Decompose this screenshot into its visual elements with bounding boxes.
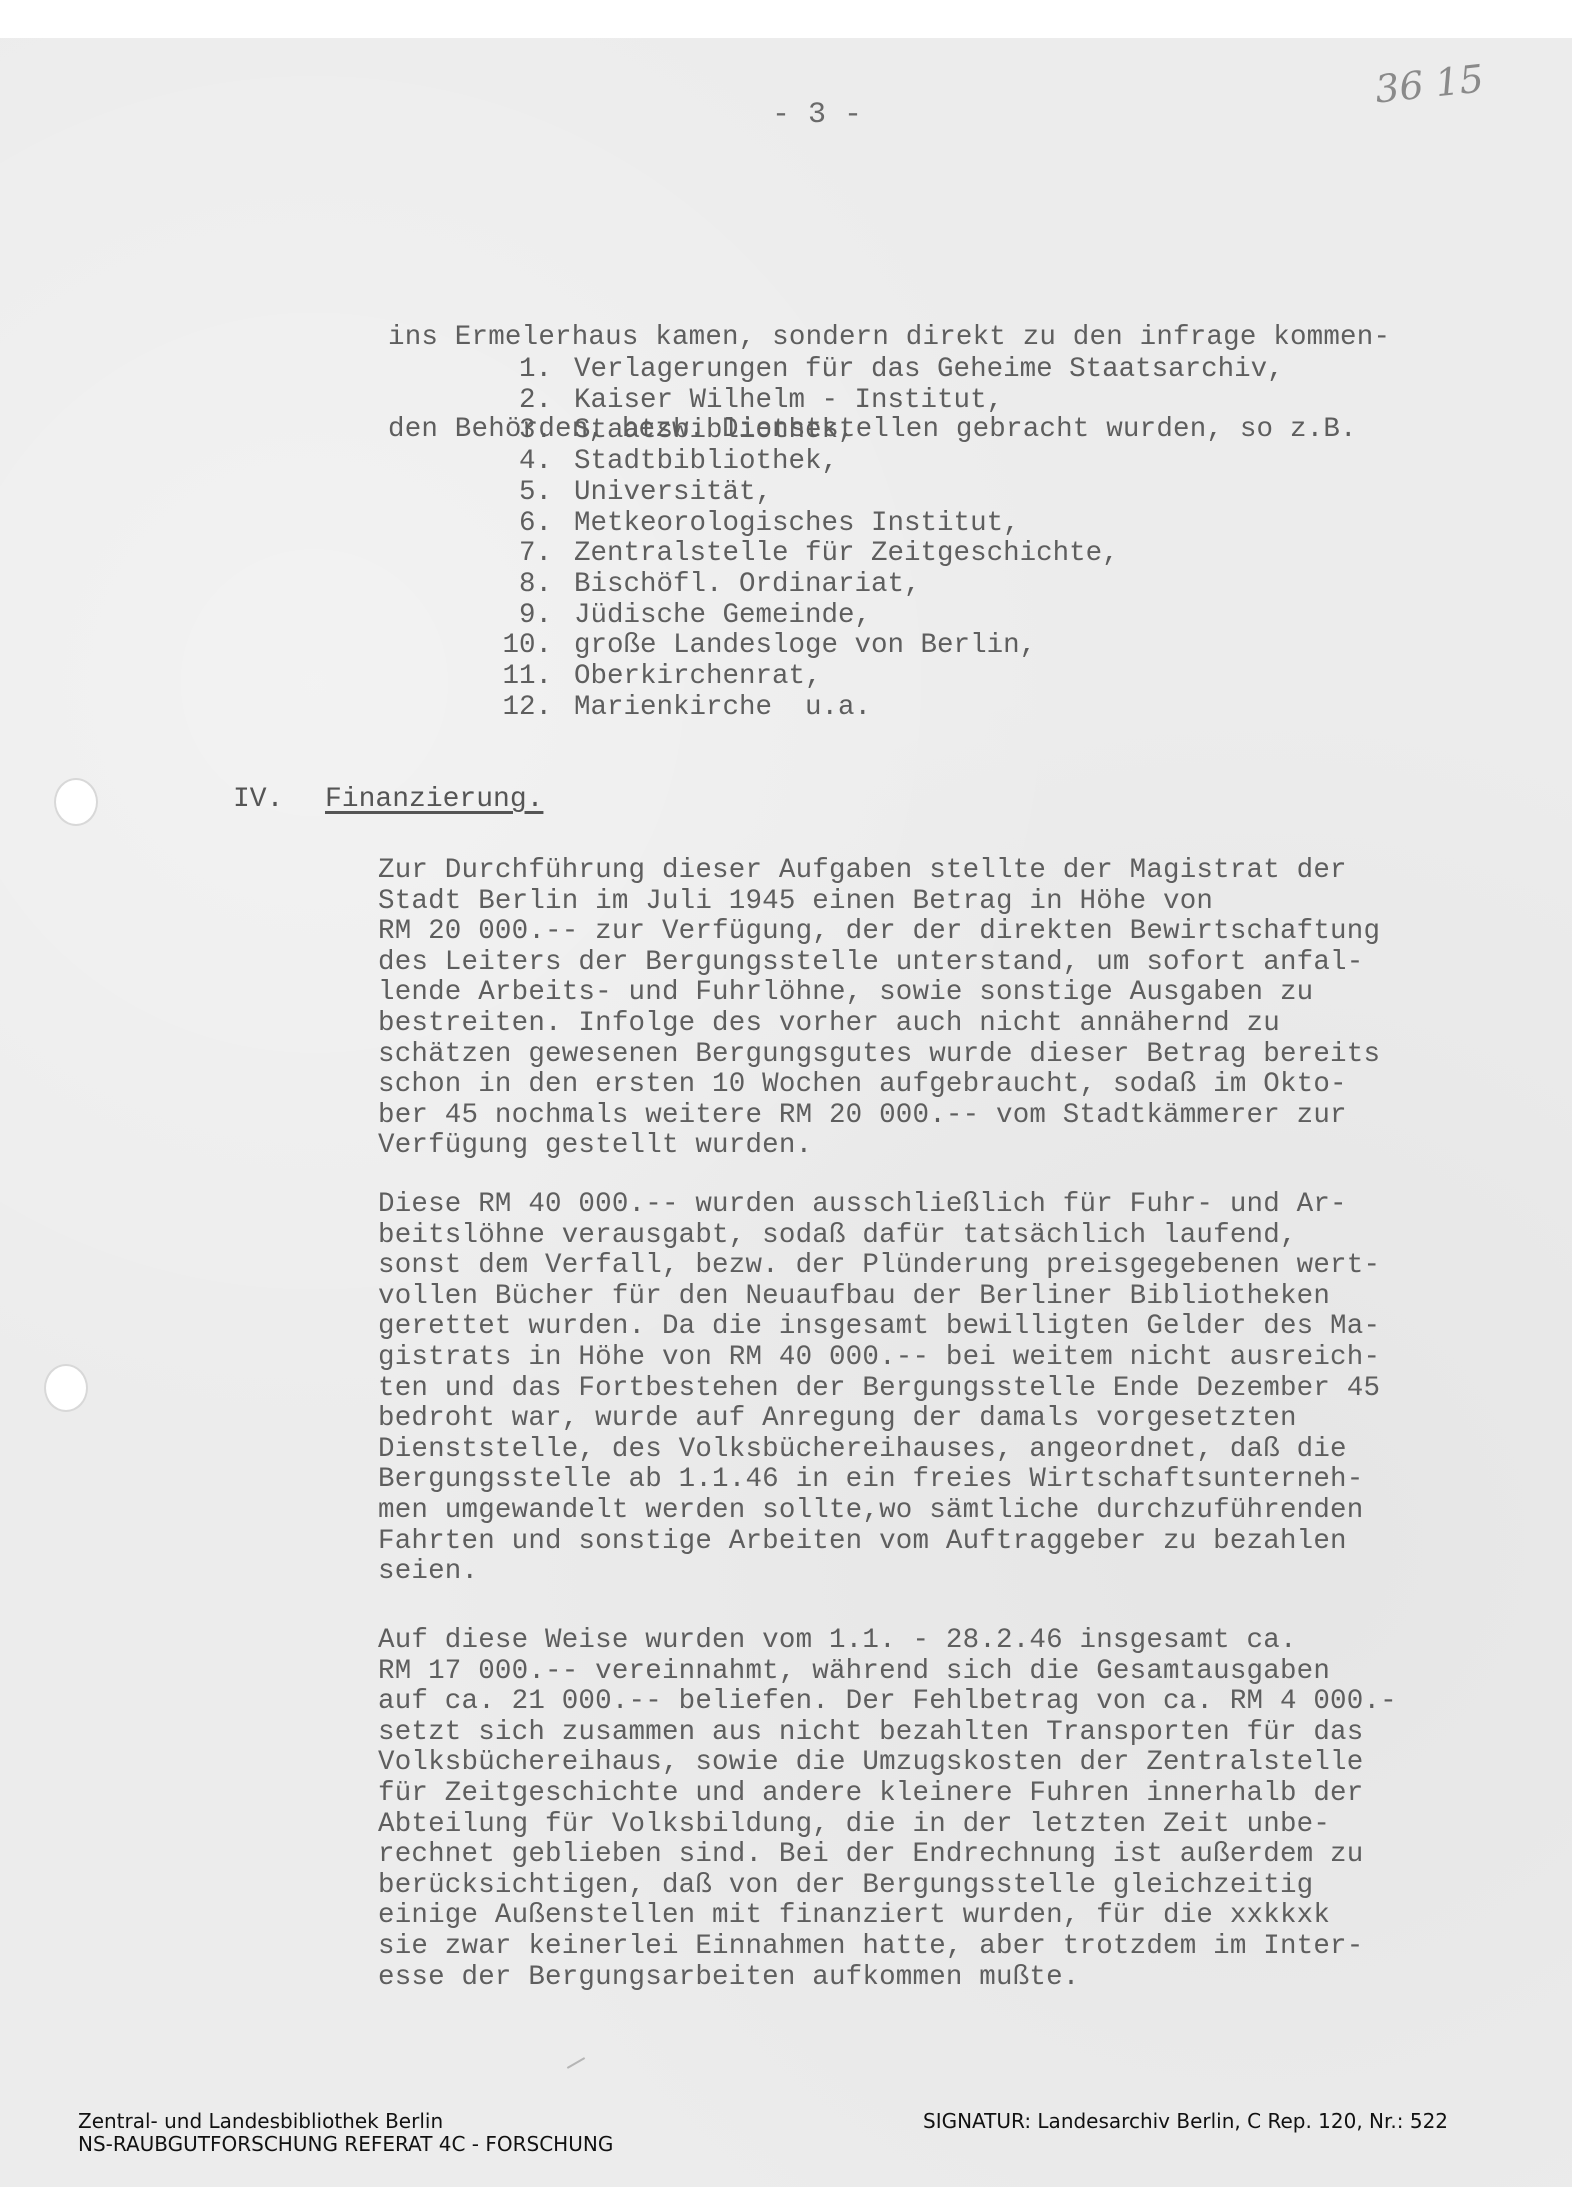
text-line: beitslöhne verausgabt, sodaß dafür tatsä… [378, 1221, 1380, 1252]
text-line: Dienststelle, des Volksbüchereihauses, a… [378, 1435, 1380, 1466]
text-line: bestreiten. Infolge des vorher auch nich… [378, 1009, 1380, 1040]
punch-hole-bottom [46, 1366, 86, 1410]
text-line: einige Außenstellen mit finanziert wurde… [378, 1901, 1397, 1932]
list-item-number: 4. [492, 447, 574, 478]
list-item-text: Staatsbibliothek, [574, 416, 855, 447]
text-line: ins Ermelerhaus kamen, sondern direkt zu… [388, 323, 1390, 354]
list-item-text: Stadtbibliothek, [574, 447, 838, 478]
text-line: Stadt Berlin im Juli 1945 einen Betrag i… [378, 887, 1380, 918]
list-item: 6.Metkeorologisches Institut, [492, 509, 1284, 540]
page-number: - 3 - [772, 98, 862, 132]
section-title: Finanzierung. [325, 784, 543, 815]
text-line: auf ca. 21 000.-- beliefen. Der Fehlbetr… [378, 1687, 1397, 1718]
list-item: 4.Stadtbibliothek, [492, 447, 1284, 478]
list-item-number: 10. [492, 631, 574, 662]
text-line: esse der Bergungsarbeiten aufkommen mußt… [378, 1963, 1397, 1994]
text-line: rechnet geblieben sind. Bei der Endrechn… [378, 1840, 1397, 1871]
text-line: seien. [378, 1557, 1380, 1588]
list-item-number: 12. [492, 693, 574, 724]
text-line: ten und das Fortbestehen der Bergungsste… [378, 1374, 1380, 1405]
list-item: 12.Marienkirche u.a. [492, 693, 1284, 724]
section-number: IV. [233, 784, 325, 815]
text-line: schätzen gewesenen Bergungsgutes wurde d… [378, 1040, 1380, 1071]
text-line: Auf diese Weise wurden vom 1.1. - 28.2.4… [378, 1626, 1397, 1657]
text-line: gerettet wurden. Da die insgesamt bewill… [378, 1312, 1380, 1343]
list-item-text: Bischöfl. Ordinariat, [574, 570, 921, 601]
text-line: Verfügung gestellt wurden. [378, 1131, 1380, 1162]
text-line: setzt sich zusammen aus nicht bezahlten … [378, 1718, 1397, 1749]
text-line: Volksbüchereihaus, sowie die Umzugskoste… [378, 1748, 1397, 1779]
text-line: Fahrten und sonstige Arbeiten vom Auftra… [378, 1527, 1380, 1558]
text-line: Bergungsstelle ab 1.1.46 in ein freies W… [378, 1465, 1380, 1496]
list-item: 1.Verlagerungen für das Geheime Staatsar… [492, 355, 1284, 386]
list-item-text: Marienkirche u.a. [574, 693, 871, 724]
text-line: men umgewandelt werden sollte,wo sämtlic… [378, 1496, 1380, 1527]
list-item-text: Verlagerungen für das Geheime Staatsarch… [574, 355, 1284, 386]
text-line: berücksichtigen, daß von der Bergungsste… [378, 1871, 1397, 1902]
list-item-number: 3. [492, 416, 574, 447]
list-item-number: 9. [492, 601, 574, 632]
list-item-text: Metkeorologisches Institut, [574, 509, 1020, 540]
list-item-text: Jüdische Gemeinde, [574, 601, 871, 632]
institution-list: 1.Verlagerungen für das Geheime Staatsar… [492, 355, 1284, 723]
punch-hole-top [56, 780, 96, 824]
section-heading: IV. Finanzierung. [233, 784, 543, 815]
text-line: gistrats in Höhe von RM 40 000.-- bei we… [378, 1343, 1380, 1374]
list-item-text: Universität, [574, 478, 772, 509]
text-line: Diese RM 40 000.-- wurden ausschließlich… [378, 1190, 1380, 1221]
list-item-number: 1. [492, 355, 574, 386]
list-item: 3.Staatsbibliothek, [492, 416, 1284, 447]
list-item: 5.Universität, [492, 478, 1284, 509]
list-item-number: 6. [492, 509, 574, 540]
list-item-number: 8. [492, 570, 574, 601]
list-item-number: 5. [492, 478, 574, 509]
footer-library-name: Zentral- und Landesbibliothek Berlin [78, 2110, 613, 2133]
list-item: 8.Bischöfl. Ordinariat, [492, 570, 1284, 601]
list-item: 7.Zentralstelle für Zeitgeschichte, [492, 539, 1284, 570]
list-item-text: Kaiser Wilhelm - Institut, [574, 386, 1003, 417]
list-item-number: 11. [492, 662, 574, 693]
footer-institution: Zentral- und Landesbibliothek Berlin NS-… [78, 2110, 613, 2156]
text-line: des Leiters der Bergungsstelle unterstan… [378, 948, 1380, 979]
text-line: sonst dem Verfall, bezw. der Plünderung … [378, 1251, 1380, 1282]
text-line: bedroht war, wurde auf Anregung der dama… [378, 1404, 1380, 1435]
list-item-text: große Landesloge von Berlin, [574, 631, 1036, 662]
paragraph-2: Diese RM 40 000.-- wurden ausschließlich… [378, 1190, 1380, 1588]
list-item: 11.Oberkirchenrat, [492, 662, 1284, 693]
list-item: 2.Kaiser Wilhelm - Institut, [492, 386, 1284, 417]
text-line: RM 17 000.-- vereinnahmt, während sich d… [378, 1657, 1397, 1688]
text-line: RM 20 000.-- zur Verfügung, der der dire… [378, 917, 1380, 948]
list-item-text: Oberkirchenrat, [574, 662, 822, 693]
list-item-number: 7. [492, 539, 574, 570]
text-line: lende Arbeits- und Fuhrlöhne, sowie sons… [378, 978, 1380, 1009]
text-line: für Zeitgeschichte und andere kleinere F… [378, 1779, 1397, 1810]
footer-department: NS-RAUBGUTFORSCHUNG REFERAT 4C - FORSCHU… [78, 2133, 613, 2156]
list-item-number: 2. [492, 386, 574, 417]
list-item: 9.Jüdische Gemeinde, [492, 601, 1284, 632]
list-item: 10.große Landesloge von Berlin, [492, 631, 1284, 662]
text-line: vollen Bücher für den Neuaufbau der Berl… [378, 1282, 1380, 1313]
text-line: Abteilung für Volksbildung, die in der l… [378, 1810, 1397, 1841]
paragraph-1: Zur Durchführung dieser Aufgaben stellte… [378, 856, 1380, 1162]
text-line: Zur Durchführung dieser Aufgaben stellte… [378, 856, 1380, 887]
footer-signature: SIGNATUR: Landesarchiv Berlin, C Rep. 12… [923, 2110, 1448, 2133]
paragraph-3: Auf diese Weise wurden vom 1.1. - 28.2.4… [378, 1626, 1397, 1993]
text-line: sie zwar keinerlei Einnahmen hatte, aber… [378, 1932, 1397, 1963]
text-line: ber 45 nochmals weitere RM 20 000.-- vom… [378, 1101, 1380, 1132]
list-item-text: Zentralstelle für Zeitgeschichte, [574, 539, 1119, 570]
text-line: schon in den ersten 10 Wochen aufgebrauc… [378, 1070, 1380, 1101]
